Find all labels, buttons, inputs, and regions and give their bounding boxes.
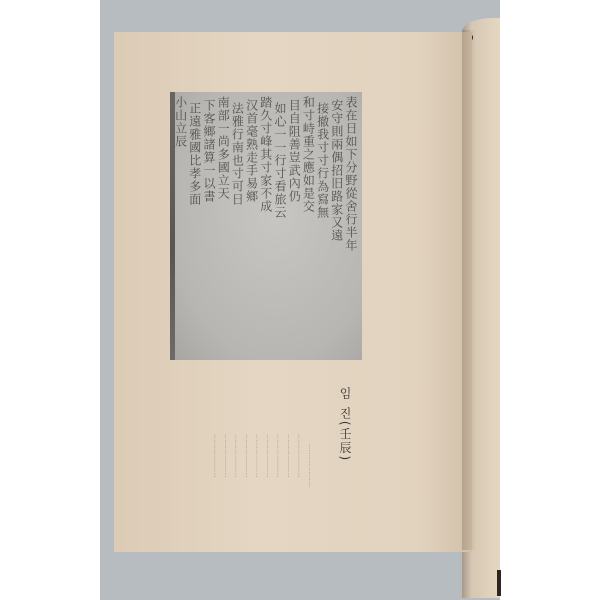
caption-column: …………………… [264,434,271,478]
page-title: 임 진(壬辰) [337,387,354,462]
calligraphy-column: 如心一一行寸看旅云 [273,102,287,219]
calligraphy-column: 汉首毫熟走手易鄉 [245,99,259,203]
calligraphy-column: 目自阻善豈武內仍 [287,99,301,203]
calligraphy-column: 下客鄉諸算一以書 [202,99,216,203]
caption-column: …………………… [212,434,219,478]
calligraphy-column: 正遠雅國比孝多面 [188,102,202,206]
calligraphy-column: 接撤我寸寸行為寫無 [316,102,330,219]
calligraphy-column: 安守則兩偶招旧路家又遠 [330,99,344,242]
binding-thread-bottom [497,570,501,596]
caption-column: …………………… [233,434,240,478]
calligraphy-column: 踏久寸峰其寸家不成 [259,96,273,213]
caption-block: …………………………………………………………………………………………………………… [202,434,314,520]
gutter-shadow [462,30,476,550]
calligraphy-plate: 表在日如下分野從舍行半年安守則兩偶招旧路家又遠接撤我寸寸行為寫無和寸峙重之應如是… [170,92,362,360]
calligraphy-column: 表在日如下分野從舍行半年 [344,96,358,252]
caption-column: …………………… [222,434,229,478]
caption-column: …………………… [254,434,261,478]
calligraphy-column: 南部一尚多國立天 [216,96,230,200]
caption-column: …………………… [243,434,250,478]
calligraphy-column: 法雅行南也寸可日 [230,102,244,206]
caption-column: …………………… [275,434,282,478]
caption-column: …………………… [285,434,292,478]
calligraphy-column: 和寸峙重之應如是交 [301,96,315,213]
caption-column: …………………… [296,434,303,478]
caption-column: …………………… [306,444,313,488]
book-page: 表在日如下分野從舍行半年安守則兩偶招旧路家又遠接撤我寸寸行為寫無和寸峙重之應如是… [114,32,472,552]
calligraphy-column: 小山立辰 [174,96,188,148]
